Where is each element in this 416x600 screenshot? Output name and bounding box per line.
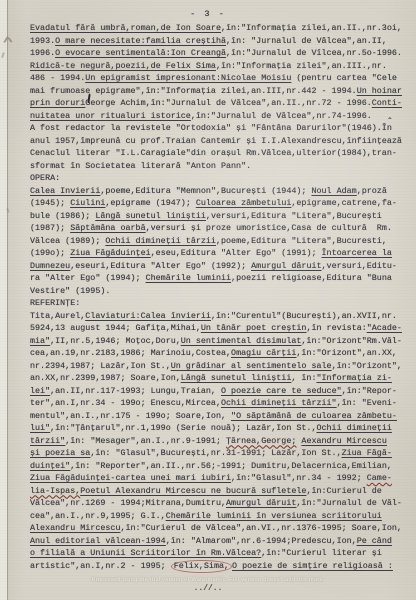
- text-run: ,în:"Informația zilei",an.III.,nr.: [216, 61, 387, 71]
- handwritten-caret-mark: ⌃: [387, 117, 393, 123]
- underlined-title-run: Un sentimental disimulat: [181, 336, 302, 346]
- underlined-title-run: O mare necesitate:familia creștihă: [55, 36, 226, 46]
- text-run: ,în:"Curentul"(București),an.XVII,nr.: [211, 311, 397, 321]
- text-run: ,în:"Orizont",: [332, 361, 402, 371]
- text-run: ,poeme,Editura "Litera",Bucuresti,: [216, 236, 387, 246]
- underlined-title-run: Chemările luminii în versiunea scriitoru…: [166, 511, 382, 521]
- text-line: Dumnezeu,eseuri,Editura "Alter Ego" (199…: [30, 260, 414, 273]
- underlined-title-run: Anul editorial vălcean-1994: [30, 536, 166, 546]
- text-run: ,epigrame (1947);: [105, 198, 195, 208]
- underlined-title-run: Amurgul dăruit: [226, 498, 296, 508]
- text-run: cea,an.19,nr.2183,1986; Marinoiu,Costea,: [30, 348, 231, 358]
- underlined-title-run: Conti-: [372, 98, 402, 108]
- document-body: Evadatul fără umbră,roman,de Ion Soare,î…: [30, 22, 414, 572]
- text-run: , în:: [291, 373, 316, 383]
- underlined-title-run: Un tânăr poet creștin: [201, 323, 307, 333]
- text-run: ,în: "Almarom",nr.6-1994;Predescu,Ion,: [166, 536, 357, 546]
- text-run: George Achim,în:"Jurnalul de Vălcea",an.…: [85, 98, 371, 108]
- text-line: 1996.O evocare sentimentală:Ion Creangă,…: [30, 47, 414, 60]
- text-run: ,în: "Jurnalul de Vâlcea",an.II,: [226, 36, 387, 46]
- text-run: ,în:"Jurnalul de Vîlcea,nr.5o-1996.: [226, 48, 402, 58]
- text-line: (199o); Ziua Făgăduinței,eseu,Editura "A…: [30, 247, 414, 260]
- text-run: (1945);: [30, 198, 70, 208]
- text-run: OPERA:: [30, 173, 60, 183]
- underlined-title-run: Chemările luminii: [146, 273, 231, 283]
- underlined-title-run: Calea Invierii: [30, 186, 100, 196]
- text-line: A fost redactor la revistele "Ortodoxia"…: [30, 122, 414, 135]
- pencil-tick-mark: [1, 52, 4, 58]
- text-run: ,în: "Reporter",an.II.,nr.56;-1991; Dumi…: [70, 461, 392, 471]
- text-run: ,în: "Mesager",an.I.,nr.9-1991;: [65, 436, 226, 446]
- watermark-text: Processed using the trial version of Wat…: [0, 577, 416, 583]
- text-run: ,în:Curierul de: [306, 486, 381, 496]
- underlined-title-run: Ochii dimineții târzii: [105, 236, 216, 246]
- underlined-title-run: Ochii dimineții: [316, 423, 391, 433]
- text-line: mia",II,nr.5,1946; Moțoc,Doru,Un sentime…: [30, 335, 414, 348]
- underlined-title-run: Ochii dimineții târzii": [221, 398, 337, 408]
- text-line: lei",an.II,nr.117-1993; Lungu,Traian, O …: [30, 385, 414, 398]
- circled-run: Felix,Sima,: [171, 560, 232, 573]
- text-run: ,versuri,Editura "Litera",București: [206, 211, 382, 221]
- text-line: cea,an.19,nr.2183,1986; Marinoiu,Costea,…: [30, 347, 414, 360]
- text-line: mentul",an.I.,nr.175 - 199o; Soare,Ion, …: [30, 410, 414, 423]
- text-line: 1993.O mare necesitate:familia creștihă,…: [30, 35, 414, 48]
- text-line: târzii",în: "Mesager",an.I.,nr.9-1991; Ț…: [30, 435, 414, 448]
- underlined-title-run: târzii": [30, 436, 65, 446]
- text-run: bule (1986);: [30, 211, 95, 221]
- text-run: ,în:"Jurnalul de Vălcea",nr.74-1996.: [191, 111, 372, 121]
- underlined-title-run: Omagiu cărții: [231, 348, 296, 358]
- underlined-title-run: lui": [30, 423, 50, 433]
- underlined-title-run: și poezia sa: [30, 448, 90, 458]
- underlined-title-run: Ziua Făgă-: [342, 448, 392, 458]
- text-line: 5924,13 august 1944; Gafița,Mihai,Un tân…: [30, 322, 414, 335]
- text-line: OPERA:: [30, 172, 414, 185]
- wavy-annotated-run: Țărnea,George;: [226, 436, 296, 446]
- text-run: REFERINȚE:: [30, 298, 80, 308]
- text-run: Vălcea",nr.1269 - 1994;Mitrana,Dumitru,: [30, 498, 226, 508]
- underlined-title-run: Aexandru Mircescu: [301, 436, 386, 446]
- text-line: ra "Alter Ego" (1994); Chemările luminii…: [30, 272, 414, 285]
- continuation-mark: ..//..: [0, 584, 416, 593]
- underlined-title-run: O poezie care te seduce": [221, 386, 342, 396]
- text-line: o filială a Uniunii Scriitorilor în Rm.V…: [30, 547, 414, 560]
- text-line: și poezia sa,în: "Glasul",București,nr.3…: [30, 447, 414, 460]
- text-line: anul 1957,împreună cu prof.Traian Cantem…: [30, 135, 414, 148]
- underlined-title-run: Claviaturi:Calea învierii: [85, 311, 211, 321]
- pencil-check-mark: [7, 37, 12, 43]
- text-run: ,eseu,Editura "Alter Ego" (1991);: [151, 248, 322, 258]
- text-line: 486 - 1994.Un epigramist impresionant:Ni…: [30, 72, 414, 85]
- underlined-title-run: Evadatul fără umbră,roman,de Ion Soare: [30, 23, 221, 33]
- underlined-title-run: Dumnezeu: [30, 261, 70, 271]
- text-line: Ziua Făgăduinței-cartea unei mari iubiri…: [30, 472, 414, 485]
- underlined-title-run: Ridică-te negură,poezii,de Felix Sima: [30, 61, 216, 71]
- text-run: mentul",an.I.,nr.175 - 199o; Soare,Ion,: [30, 411, 231, 421]
- text-run: ,II,nr.5,1946; Moțoc,Doru,: [50, 336, 181, 346]
- text-run: ra "Alter Ego" (1994);: [30, 273, 146, 283]
- text-run: an.XX,nr.2399,1987; Soare,Ion,: [30, 373, 181, 383]
- text-run: anul 1957,împreună cu prof.Traian Cantem…: [30, 136, 402, 146]
- text-run: Vestire" (1995).: [30, 286, 110, 296]
- underlined-title-run: "Informația zi-: [317, 373, 392, 383]
- text-run: ,proză: [357, 186, 387, 196]
- text-run: artistic",an.I,nr.2 - 1995;: [30, 561, 171, 571]
- text-run: 486 - 1994.: [30, 73, 85, 83]
- underlined-title-run: O evocare sentimentală:Ion Creangă: [55, 48, 226, 58]
- underlined-title-run: Ziua Făgăduinței: [70, 248, 150, 258]
- text-run: ,în:"Repor-: [342, 386, 397, 396]
- text-run: sformat în Societatea literară "Anton Pa…: [30, 161, 251, 171]
- text-line: (1987); Săptămâna oarbă,versuri și proze…: [30, 222, 414, 235]
- underlined-title-run: lei": [30, 386, 50, 396]
- underlined-title-run: Amurgul dăruit: [251, 261, 321, 271]
- text-line: REFERINȚE:: [30, 297, 414, 310]
- text-run: ,poezii religioase,Editura "Buna: [231, 273, 392, 283]
- text-line: lui",în:"Țânțarul",nr.1,199o (Serie nouă…: [30, 422, 414, 435]
- underlined-title-run: Culoarea zâmbetului: [196, 198, 292, 208]
- underlined-title-run: Ziua Făgăduinței-cartea unei mari iubiri: [30, 473, 231, 483]
- text-line: Evadatul fără umbră,roman,de Ion Soare,î…: [30, 22, 414, 35]
- text-line: Alexandru Mircescu,în:"Curierul de Vălce…: [30, 522, 414, 535]
- underlined-title-run: O poezie de simțire religioasă :: [232, 561, 393, 571]
- text-line: Calea Invierii,poeme,Editura "Memnon",Bu…: [30, 185, 414, 198]
- text-line: Tita,Aurel,Claviaturi:Calea învierii,în:…: [30, 310, 414, 323]
- page-number: - 3 -: [0, 9, 416, 19]
- text-line: nuitatea unor ritualuri istorice,în:"Jur…: [30, 110, 414, 123]
- wavy-annotated-run: Came-: [367, 473, 392, 483]
- text-run: ,în:"Curierul literar și: [261, 548, 382, 558]
- text-run: (1987);: [30, 223, 70, 233]
- text-run: ,poeme,Editura "Memnon",București (1944)…: [100, 186, 311, 196]
- text-run: cea",an.I.,nr.9,1995; G.I.,: [30, 511, 166, 521]
- text-line: cea",an.I.,nr.9,1995; G.I.,Chemările lum…: [30, 510, 414, 523]
- text-run: (pentru cartea "Cele: [291, 73, 397, 83]
- text-line: Cenaclul literar "I.L.Caragiale"din oraș…: [30, 147, 414, 160]
- text-run: ,în:"Curierul de Vălcea",an.VI.,nr.1376-…: [120, 523, 401, 533]
- underlined-title-run: "Acade-: [367, 323, 402, 333]
- text-line: lia-Ispas,Poetul Alexandru Mircescu ne b…: [30, 485, 414, 498]
- underlined-title-run: Un hoinar: [357, 86, 402, 96]
- underlined-title-run: o filială a Uniunii Scriitorilor în Rm.V…: [30, 548, 261, 558]
- underlined-title-run: Alexandru Mircescu: [30, 523, 120, 533]
- text-run: ,în:"Jurnalul de Văl-: [296, 498, 402, 508]
- text-run: ,an.II,nr.117-1993; Lungu,Traian,: [50, 386, 221, 396]
- text-run: ,în:"Orizont"Rm.Văl-: [301, 336, 402, 346]
- text-run: ,în:"Țânțarul",nr.1,199o (Serie nouă); L…: [50, 423, 316, 433]
- underlined-title-run: Întoarcerea la: [322, 248, 392, 258]
- text-line: bule (1986); Lângă sunetul liniștii,vers…: [30, 210, 414, 223]
- pencil-tick-mark: [6, 208, 9, 213]
- text-run: 1993.: [30, 36, 55, 46]
- text-run: Vălcea (1989);: [30, 236, 105, 246]
- text-run: Tita,Aurel,: [30, 311, 85, 321]
- text-run: ,eseuri,Editura "Alter Ego" (1992);: [70, 261, 251, 271]
- text-run: 5924,13 august 1944; Gafița,Mihai,: [30, 323, 201, 333]
- underlined-title-run: prin doruri: [30, 98, 85, 108]
- text-run: Cenaclul literar "I.L.Caragiale"din oraș…: [30, 148, 397, 158]
- text-run: ,în: "Eveni-: [337, 398, 397, 408]
- underlined-title-run: Săptămâna oarbă: [70, 223, 145, 233]
- text-run: ,în revista:: [306, 323, 366, 333]
- text-run: ,în: "Glasul",București,nr.31-1991; Lază…: [90, 448, 341, 458]
- text-line: Anul editorial vălcean-1994,în: "Almarom…: [30, 535, 414, 548]
- scanned-page: - 3 - Evadatul fără umbră,roman,de Ion S…: [0, 0, 416, 600]
- text-line: artistic",an.I,nr.2 - 1995; Felix,Sima,O…: [30, 560, 414, 573]
- text-run: ,versuri,Editu-: [322, 261, 397, 271]
- underlined-title-run: Un epigramist impresionant:Nicolae Moisi…: [85, 73, 291, 83]
- underlined-title-run: nuitatea unor ritualuri istorice: [30, 111, 191, 121]
- text-line: (1945); Ciulini,epigrame (1947); Culoare…: [30, 197, 414, 210]
- text-run: ,în:"Glasul",nr.34 - 1992;: [231, 473, 367, 483]
- text-run: ,în:"Informația zilei,an.II.,nr.3oi,: [221, 23, 402, 33]
- underlined-title-run: Lângă sunetul liniștii: [95, 211, 206, 221]
- text-run: ,epigrame,catrene,fa-: [291, 198, 397, 208]
- text-line: nr.2394,1987; Lazăr,Ion St.,Un grădinar …: [30, 360, 414, 373]
- text-line: Ridică-te negură,poezii,de Felix Sima,în…: [30, 60, 414, 73]
- text-run: (199o);: [30, 248, 70, 258]
- text-run: ter",an.I,nr.34 - 199o; Enescu,Mircea,: [30, 398, 221, 408]
- wavy-annotated-run: lia-Ispas,: [30, 486, 80, 496]
- text-run: A fost redactor la revistele "Ortodoxia"…: [30, 123, 392, 133]
- text-line: Vălcea",nr.1269 - 1994;Mitrana,Dumitru,A…: [30, 497, 414, 510]
- text-line: duinței",în: "Reporter",an.II.,nr.56;-19…: [30, 460, 414, 473]
- text-line: sformat în Societatea literară "Anton Pa…: [30, 160, 414, 173]
- text-run: nr.2394,1987; Lazăr,Ion St.,: [30, 361, 171, 371]
- text-run: ,în:"Orizont",an.XX,: [296, 348, 397, 358]
- text-line: ter",an.I,nr.34 - 199o; Enescu,Mircea,Oc…: [30, 397, 414, 410]
- underlined-title-run: "O săptămână de culoarea zâmbetu-: [231, 411, 397, 421]
- underlined-title-run: Lângă sunetul liniștii: [181, 373, 292, 383]
- text-run: ,versuri și proze umoristice,Casa de cul…: [146, 223, 392, 233]
- underlined-title-run: Noul Adam: [311, 186, 356, 196]
- underlined-title-run: duinței": [30, 461, 70, 471]
- underlined-title-run: Pe când: [357, 536, 392, 546]
- text-line: Vestire" (1995).: [30, 285, 414, 298]
- text-run: 1996.: [30, 48, 55, 58]
- underlined-title-run: Un grădinar al sentimentelo sale: [171, 361, 332, 371]
- underlined-title-run: Ciulini: [70, 198, 105, 208]
- text-line: Vălcea (1989); Ochii dimineții târzii,po…: [30, 235, 414, 248]
- text-line: an.XX,nr.2399,1987; Soare,Ion,Lângă sune…: [30, 372, 414, 385]
- underlined-title-run: Poetul Alexandru Mircescu ne bucură sufl…: [80, 486, 306, 496]
- text-run: mai frumoase epigrame",în:"Informația zi…: [30, 86, 357, 96]
- underlined-title-run: mia": [30, 336, 50, 346]
